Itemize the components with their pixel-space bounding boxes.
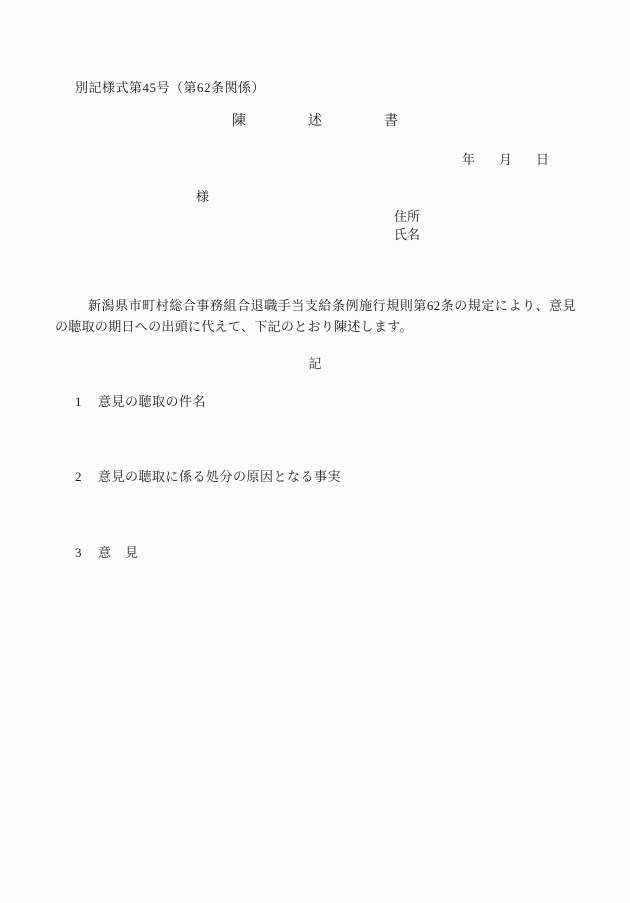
date-month-label: 月: [499, 153, 512, 168]
item-3-number: 3: [75, 546, 83, 561]
record-marker: 記: [0, 357, 630, 372]
title-char-2: 述: [308, 114, 322, 130]
item-1-number: 1: [75, 395, 83, 410]
body-paragraph: 新潟県市町村総合事務組合退職手当支給条例施行規則第62条の規定により、意見の聴取…: [55, 295, 576, 337]
document-page: 別記様式第45号（第62条関係） 陳 述 書 年 月 日 様 住所 氏名 新潟県…: [0, 0, 630, 903]
item-3-text: 意 見: [98, 546, 139, 561]
item-2-number: 2: [75, 470, 83, 485]
title-char-3: 書: [384, 114, 398, 130]
document-title: 陳 述 書: [0, 114, 630, 130]
date-year-label: 年: [462, 153, 475, 168]
list-item-3: 3 意 見: [75, 546, 139, 561]
item-2-text: 意見の聴取に係る処分の原因となる事実: [98, 470, 341, 485]
date-line: 年 月 日: [462, 153, 549, 168]
item-1-text: 意見の聴取の件名: [98, 395, 206, 410]
sender-address-label: 住所: [394, 210, 420, 225]
addressee-honorific: 様: [196, 190, 209, 205]
form-number-label: 別記様式第45号（第62条関係）: [75, 81, 265, 96]
list-item-2: 2 意見の聴取に係る処分の原因となる事実: [75, 470, 341, 485]
title-char-1: 陳: [232, 114, 246, 130]
date-day-label: 日: [536, 153, 549, 168]
sender-name-label: 氏名: [394, 228, 420, 243]
list-item-1: 1 意見の聴取の件名: [75, 395, 206, 410]
